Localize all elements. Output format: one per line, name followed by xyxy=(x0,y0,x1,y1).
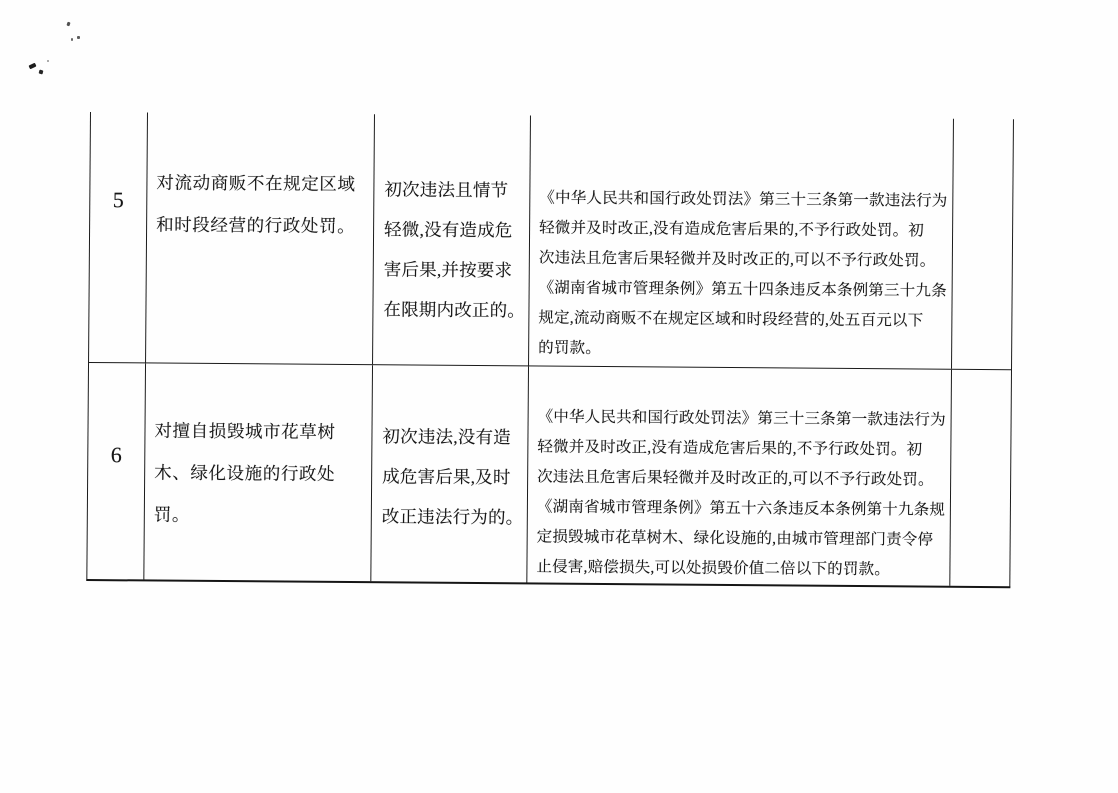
ink-speck xyxy=(71,38,73,41)
cell-legal-basis: 《中华人民共和国行政处罚法》第三十三条第一款违法行为 轻微并及时改正,没有造成危… xyxy=(527,366,952,585)
cell-penalty-matter: 对擅自损毁城市花草树 木、绿化设施的行政处罚。 xyxy=(144,363,373,581)
cell-remark xyxy=(950,370,1011,586)
penalty-discretion-table: 5 对流动商贩不在规定区域 和时段经营的行政处罚。 初次违法且情节 轻微,没有造… xyxy=(86,112,1014,588)
cell-applicable-condition: 初次违法且情节 轻微,没有造成危 害后果,并按要求 在限期内改正的。 xyxy=(373,114,531,365)
cell-penalty-matter: 对流动商贩不在规定区域 和时段经营的行政处罚。 xyxy=(146,112,375,364)
cell-seq: 6 xyxy=(87,363,146,579)
cell-legal-basis: 《中华人民共和国行政处罚法》第三十三条第一款违法行为 轻微并及时改正,没有造成危… xyxy=(529,115,954,368)
ink-speck xyxy=(66,22,70,27)
cell-applicable-condition: 初次违法,没有造 成危害后果,及时 改正违法行为的。 xyxy=(371,365,529,582)
cell-remark xyxy=(952,119,1013,369)
ink-speck xyxy=(39,70,44,75)
ink-speck xyxy=(47,60,49,62)
ink-speck xyxy=(28,63,36,70)
cell-seq: 5 xyxy=(89,112,148,362)
ink-speck xyxy=(77,36,80,39)
table-row: 6 对擅自损毁城市花草树 木、绿化设施的行政处罚。 初次违法,没有造 成危害后果… xyxy=(87,363,1011,586)
table-row: 5 对流动商贩不在规定区域 和时段经营的行政处罚。 初次违法且情节 轻微,没有造… xyxy=(89,112,1013,370)
scanned-page: 5 对流动商贩不在规定区域 和时段经营的行政处罚。 初次违法且情节 轻微,没有造… xyxy=(0,0,1118,793)
